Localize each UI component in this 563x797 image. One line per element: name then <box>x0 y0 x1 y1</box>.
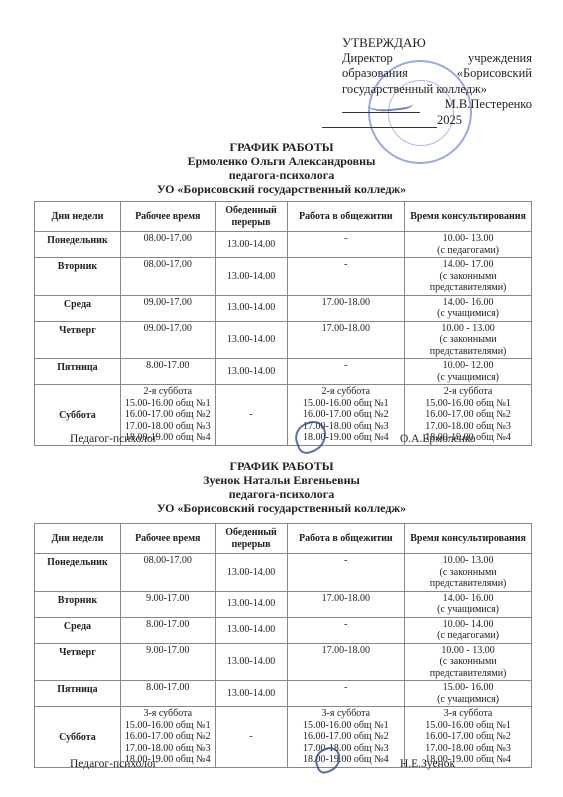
table-row: Пятница8.00-17.0013.00-14.00-15.00- 16.0… <box>35 681 532 707</box>
cell-work: 09.00-17.00 <box>120 295 215 321</box>
table-header-row: Дни неделиРабочее времяОбеденный перерыв… <box>35 202 532 232</box>
column-header: Дни недели <box>35 524 121 554</box>
table-row: Вторник08.00-17.0013.00-14.00-14.00- 17.… <box>35 258 532 296</box>
approval-text: образования <box>342 66 408 82</box>
cell-lunch: 13.00-14.00 <box>215 643 287 681</box>
column-header: Обеденный перерыв <box>215 524 287 554</box>
cell-day: Вторник <box>35 258 121 296</box>
schedule-position: педагога-психолога <box>0 168 563 182</box>
cell-consult: 14.00- 16.00 (с учащимися) <box>405 591 532 617</box>
cell-dorm: - <box>287 681 405 707</box>
column-header: Рабочее время <box>120 524 215 554</box>
cell-day: Четверг <box>35 321 121 359</box>
approval-block: УТВЕРЖДАЮ Директор учреждения образовани… <box>342 35 532 128</box>
cell-consult: 10.00 - 13.00 (с законными представителя… <box>405 321 532 359</box>
approval-text: Директор <box>342 51 393 67</box>
schedule-organization: УО «Борисовский государственный колледж» <box>0 501 563 515</box>
cell-work: 8.00-17.00 <box>120 681 215 707</box>
cell-dorm: - <box>287 554 405 592</box>
cell-work: 8.00-17.00 <box>120 359 215 385</box>
column-header: Время консультирования <box>405 202 532 232</box>
schedule-title-block: ГРАФИК РАБОТЫ Ермоленко Ольги Александро… <box>0 140 563 196</box>
cell-day: Пятница <box>35 681 121 707</box>
table-row: Пятница8.00-17.0013.00-14.00-10.00- 12.0… <box>35 359 532 385</box>
schedule-person: Ермоленко Ольги Александровны <box>0 154 563 168</box>
approval-heading: УТВЕРЖДАЮ <box>342 35 532 51</box>
cell-work: 08.00-17.00 <box>120 232 215 258</box>
cell-lunch: 13.00-14.00 <box>215 359 287 385</box>
table-header-row: Дни неделиРабочее времяОбеденный перерыв… <box>35 524 532 554</box>
cell-lunch: 13.00-14.00 <box>215 232 287 258</box>
table-row: Среда8.00-17.0013.00-14.00-10.00- 14.00 … <box>35 617 532 643</box>
cell-day: Четверг <box>35 643 121 681</box>
footer-role: Педагог-психолог <box>70 758 157 770</box>
footer-role: Педагог-психолог <box>70 433 157 445</box>
cell-lunch: 13.00-14.00 <box>215 258 287 296</box>
column-header: Рабочее время <box>120 202 215 232</box>
schedule-organization: УО «Борисовский государственный колледж» <box>0 182 563 196</box>
cell-consult: 10.00- 12.00 (с учащимися) <box>405 359 532 385</box>
column-header: Обеденный перерыв <box>215 202 287 232</box>
cell-work: 09.00-17.00 <box>120 321 215 359</box>
cell-lunch: - <box>215 707 287 768</box>
cell-lunch: 13.00-14.00 <box>215 295 287 321</box>
cell-dorm: 17.00-18.00 <box>287 643 405 681</box>
signature-line <box>342 100 420 113</box>
cell-day: Понедельник <box>35 232 121 258</box>
cell-consult: 10.00 - 13.00 (с законными представителя… <box>405 643 532 681</box>
schedule-table: Дни неделиРабочее времяОбеденный перерыв… <box>34 201 532 446</box>
table-row: Понедельник08.00-17.0013.00-14.00-10.00-… <box>35 232 532 258</box>
cell-dorm: - <box>287 617 405 643</box>
cell-consult: 10.00- 13.00 (с законными представителям… <box>405 554 532 592</box>
cell-dorm: - <box>287 232 405 258</box>
cell-lunch: - <box>215 385 287 446</box>
cell-work: 08.00-17.00 <box>120 258 215 296</box>
cell-work: 9.00-17.00 <box>120 591 215 617</box>
column-header: Работа в общежитии <box>287 202 405 232</box>
cell-consult: 14.00- 16.00 (с учащимися) <box>405 295 532 321</box>
footer-name: Н.Е.Зуенок <box>400 758 455 770</box>
cell-consult: 14.00- 17.00 (с законными представителям… <box>405 258 532 296</box>
cell-day: Вторник <box>35 591 121 617</box>
approval-year: 2025 <box>437 113 462 129</box>
approval-text: «Борисовский <box>457 66 532 82</box>
cell-dorm: 17.00-18.00 <box>287 321 405 359</box>
cell-lunch: 13.00-14.00 <box>215 591 287 617</box>
approval-text: государственный колледж» <box>342 82 532 98</box>
table-row: Вторник9.00-17.0013.00-14.0017.00-18.001… <box>35 591 532 617</box>
footer-name: О.А.Ермоленко <box>400 433 476 445</box>
table-row: Четверг09.00-17.0013.00-14.0017.00-18.00… <box>35 321 532 359</box>
cell-consult: 10.00- 14.00 (с педагогами) <box>405 617 532 643</box>
cell-dorm: 17.00-18.00 <box>287 591 405 617</box>
schedule-person: Зуенок Натальи Евгеньевны <box>0 473 563 487</box>
cell-work: 9.00-17.00 <box>120 643 215 681</box>
schedule-table: Дни неделиРабочее времяОбеденный перерыв… <box>34 523 532 768</box>
cell-dorm: - <box>287 258 405 296</box>
cell-lunch: 13.00-14.00 <box>215 681 287 707</box>
cell-consult: 10.00- 13.00 (с педагогами) <box>405 232 532 258</box>
approval-signer: М.В.Пестеренко <box>445 97 532 113</box>
table-row: Среда09.00-17.0013.00-14.0017.00-18.0014… <box>35 295 532 321</box>
table-row: Понедельник08.00-17.0013.00-14.00-10.00-… <box>35 554 532 592</box>
cell-lunch: 13.00-14.00 <box>215 617 287 643</box>
cell-dorm: 17.00-18.00 <box>287 295 405 321</box>
cell-work: 08.00-17.00 <box>120 554 215 592</box>
cell-dorm: - <box>287 359 405 385</box>
schedule-title: ГРАФИК РАБОТЫ <box>0 459 563 473</box>
date-line <box>322 115 437 128</box>
cell-lunch: 13.00-14.00 <box>215 554 287 592</box>
cell-consult: 15.00- 16.00 (с учащимися) <box>405 681 532 707</box>
column-header: Работа в общежитии <box>287 524 405 554</box>
column-header: Дни недели <box>35 202 121 232</box>
cell-dorm: 3-я суббота 15.00-16.00 общ №1 16.00-17.… <box>287 707 405 768</box>
schedule-position: педагога-психолога <box>0 487 563 501</box>
approval-text: учреждения <box>468 51 532 67</box>
table-row: Четверг9.00-17.0013.00-14.0017.00-18.001… <box>35 643 532 681</box>
schedule-title: ГРАФИК РАБОТЫ <box>0 140 563 154</box>
column-header: Время консультирования <box>405 524 532 554</box>
cell-day: Среда <box>35 295 121 321</box>
cell-lunch: 13.00-14.00 <box>215 321 287 359</box>
cell-day: Пятница <box>35 359 121 385</box>
cell-day: Среда <box>35 617 121 643</box>
cell-day: Понедельник <box>35 554 121 592</box>
schedule-title-block: ГРАФИК РАБОТЫ Зуенок Натальи Евгеньевны … <box>0 459 563 515</box>
cell-work: 8.00-17.00 <box>120 617 215 643</box>
